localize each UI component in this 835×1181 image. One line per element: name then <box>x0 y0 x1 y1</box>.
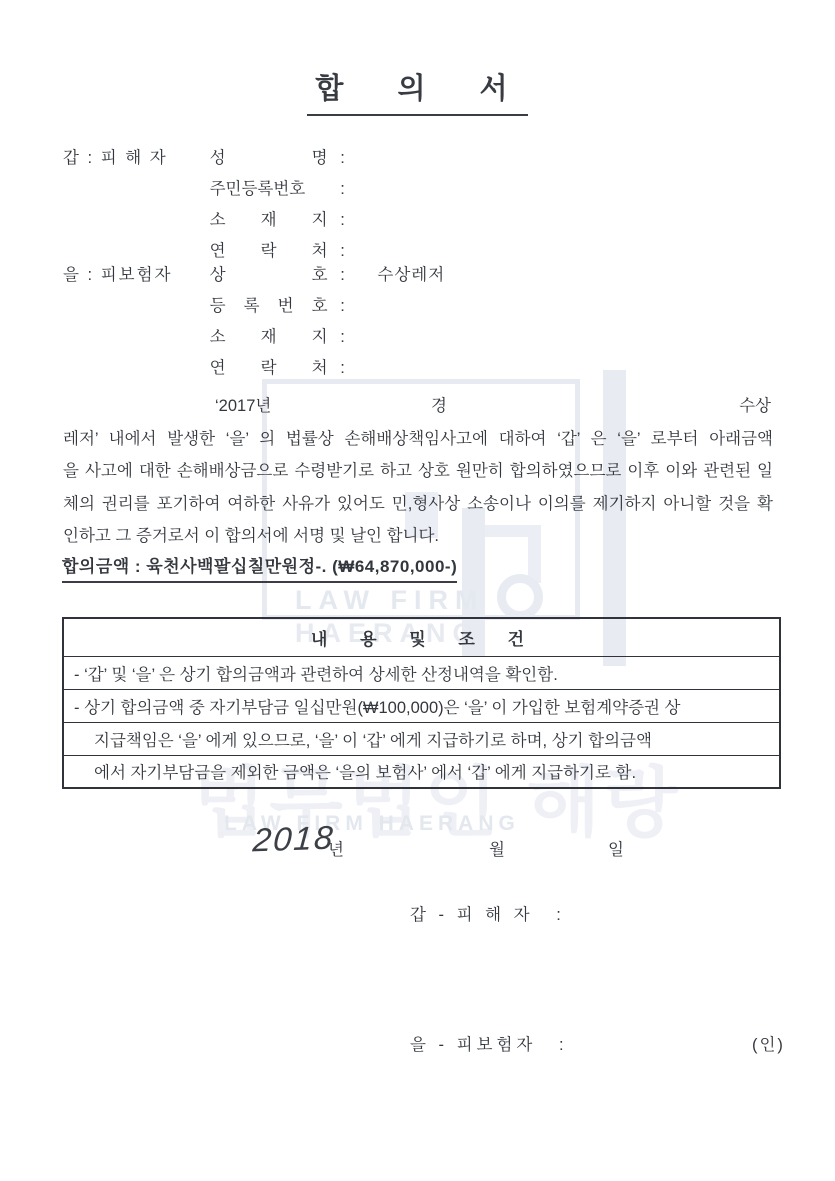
settlement-amount-line: 합의금액 : 육천사백팔십칠만원정-. (₩64,870,000-) <box>62 552 457 583</box>
table-row: - 상기 합의금액 중 자기부담금 일십만원(₩100,000)은 ‘을’ 이 … <box>63 689 780 722</box>
seal-placeholder: (인) <box>752 1031 785 1055</box>
field-label-name: 성 명 <box>210 143 328 174</box>
document-title: 합 의 서 <box>307 66 527 116</box>
party-gap-role: 갑 : 피 해 자 <box>63 143 205 174</box>
settlement-agreement-document: LAW FIRM HAERANG 법무법인 해랑 LAW FIRM HAERAN… <box>0 0 835 1181</box>
handwritten-year: 2018 <box>252 819 336 860</box>
agreement-line-1: ‘2017년 경 수상 <box>63 390 773 423</box>
field-colon: : <box>340 322 345 353</box>
agreement-approx: 경 <box>431 390 447 423</box>
signature-gap-label: 갑 - 피 해 자 <box>410 906 534 924</box>
table-row: - ‘갑’ 및 ‘을’ 은 상기 합의금액과 관련하여 상세한 산정내역을 확인… <box>63 656 780 689</box>
party-row: 소 재 지 : <box>63 322 445 353</box>
table-row: 에서 자기부담금을 제외한 금액은 ‘을의 보험사’ 에서 ‘갑’ 에게 지급하… <box>63 755 780 788</box>
signature-line-gap: 갑 - 피 해 자 : <box>410 901 561 925</box>
conditions-table: 내 용 및 조 건 - ‘갑’ 및 ‘을’ 은 상기 합의금액과 관련하여 상세… <box>62 617 781 789</box>
party-eul-role: 을 : 피보험자 <box>63 260 205 291</box>
signature-eul-label: 을 - 피보험자 <box>410 1036 536 1054</box>
table-row: 지급책임은 ‘을’ 에게 있으므로, ‘을’ 이 ‘갑’ 에게 지급하기로 하며… <box>63 722 780 755</box>
field-label-contact: 연 락 처 <box>210 353 328 384</box>
field-label-registration-no: 등 록 번 호 <box>210 291 328 322</box>
party-row: 주민등록번호 : <box>63 174 377 205</box>
condition-row-2: - 상기 합의금액 중 자기부담금 일십만원(₩100,000)은 ‘을’ 이 … <box>63 689 780 722</box>
party-row: 을 : 피보험자 상 호 : 수상레저 <box>63 260 445 291</box>
title-row: 합 의 서 <box>0 66 835 116</box>
party-row: 등 록 번 호 : <box>63 291 445 322</box>
agreement-line-3: 을 사고에 대한 손해배상금으로 수령받기로 하고 상호 원만히 합의하였으므로… <box>63 455 773 488</box>
agreement-line-4: 체의 권리를 포기하여 여하한 사유가 있어도 민,형사상 소송이나 이의를 제… <box>63 488 773 521</box>
month-label: 월 <box>489 836 505 860</box>
signature-colon: : <box>559 1036 564 1054</box>
signature-line-eul: 을 - 피보험자 : <box>410 1031 564 1055</box>
field-value-company: 수상레저 <box>377 260 445 291</box>
condition-row-4: 에서 자기부담금을 제외한 금액은 ‘을의 보험사’ 에서 ‘갑’ 에게 지급하… <box>63 755 780 788</box>
conditions-table-header: 내 용 및 조 건 <box>63 618 780 656</box>
condition-row-3: 지급책임은 ‘을’ 에게 있으므로, ‘을’ 이 ‘갑’ 에게 지급하기로 하며… <box>63 722 780 755</box>
field-colon: : <box>340 143 345 174</box>
party-row: 갑 : 피 해 자 성 명 : <box>63 143 377 174</box>
condition-row-1: - ‘갑’ 및 ‘을’ 은 상기 합의금액과 관련하여 상세한 산정내역을 확인… <box>63 656 780 689</box>
agreement-paragraph: ‘2017년 경 수상 레저’ 내에서 발생한 ‘을’ 의 법률상 손해배상책임… <box>63 390 773 553</box>
field-colon: : <box>340 260 345 291</box>
watermark-lawfirm-text: LAW FIRM <box>295 585 484 616</box>
year-label: 년 <box>328 836 344 860</box>
haerang-logo-watermark-circle <box>497 574 543 620</box>
agreement-year: ‘2017년 <box>215 390 271 423</box>
agreement-line-2: 레저’ 내에서 발생한 ‘을’ 의 법률상 손해배상책임사고에 대하여 ‘갑’ … <box>63 423 773 456</box>
agreement-line-5: 인하고 그 증거로서 이 합의서에 서명 및 날인 합니다. <box>63 520 773 553</box>
party-gap-block: 갑 : 피 해 자 성 명 : 주민등록번호 : 소 재 지 : 연 락 처 <box>63 143 377 267</box>
field-label-address: 소 재 지 <box>210 205 328 236</box>
party-row: 소 재 지 : <box>63 205 377 236</box>
signature-colon: : <box>556 906 561 924</box>
agreement-place-start: 수상 <box>739 390 771 423</box>
field-colon: : <box>340 353 345 384</box>
field-label-resident-id: 주민등록번호 <box>210 174 328 205</box>
field-colon: : <box>340 174 345 205</box>
field-label-address: 소 재 지 <box>210 322 328 353</box>
field-colon: : <box>340 291 345 322</box>
conditions-table-header-row: 내 용 및 조 건 <box>63 618 780 656</box>
day-label: 일 <box>608 836 624 860</box>
field-label-company: 상 호 <box>210 260 328 291</box>
party-eul-block: 을 : 피보험자 상 호 : 수상레저 등 록 번 호 : 소 재 지 : 연 … <box>63 260 445 384</box>
party-row: 연 락 처 : <box>63 353 445 384</box>
field-colon: : <box>340 205 345 236</box>
